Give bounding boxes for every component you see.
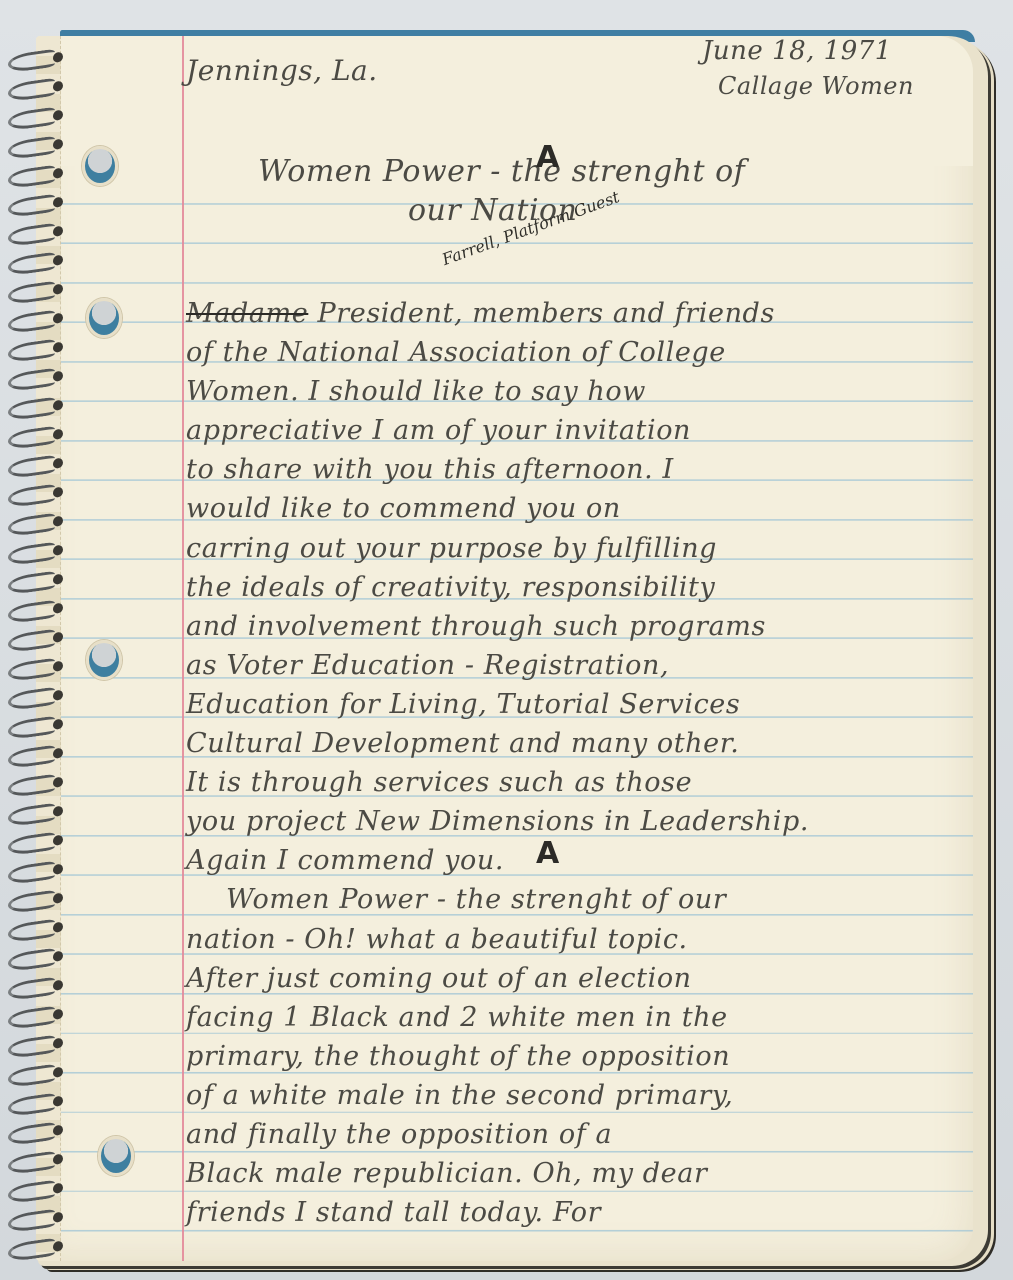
body-line: nation - Oh! what a beautiful topic.	[186, 920, 946, 959]
spiral-ring-icon	[8, 1035, 55, 1060]
spiral-ring-icon	[8, 78, 55, 103]
spiral-ring-icon	[8, 745, 55, 770]
spiral-ring-icon	[8, 919, 55, 944]
binder-hole-icon	[82, 146, 118, 186]
notebook-page: Jennings, La. June 18, 1971 Callage Wome…	[36, 36, 973, 1261]
spiral-ring-icon	[8, 1151, 55, 1176]
body-line: would like to commend you on	[186, 489, 946, 528]
spiral-ring-icon	[8, 629, 55, 654]
body-line: you project New Dimensions in Leadership…	[186, 802, 946, 841]
spiral-ring-icon	[8, 1238, 55, 1263]
spiral-ring-icon	[8, 1209, 55, 1234]
spiral-ring-icon	[8, 49, 55, 74]
spiral-ring-icon	[8, 571, 55, 596]
body-line: Cultural Development and many other.	[186, 724, 946, 763]
body-line: primary, the thought of the opposition	[186, 1037, 946, 1076]
spiral-ring-icon	[8, 890, 55, 915]
struck-word: Madame	[186, 298, 308, 329]
spiral-binding-icon	[0, 52, 60, 1272]
correction-mark: A	[536, 140, 559, 175]
spiral-ring-icon	[8, 484, 55, 509]
spiral-ring-icon	[8, 977, 55, 1002]
correction-mark: A	[536, 836, 559, 871]
event-text: Callage Women	[718, 72, 914, 100]
spiral-ring-icon	[8, 716, 55, 741]
spiral-ring-icon	[8, 542, 55, 567]
body-line: Madame President, members and friends	[186, 294, 946, 333]
spiral-ring-icon	[8, 1122, 55, 1147]
body-line: as Voter Education - Registration,	[186, 646, 946, 685]
spiral-ring-icon	[8, 165, 55, 190]
spiral-ring-icon	[8, 281, 55, 306]
spiral-ring-icon	[8, 339, 55, 364]
spiral-ring-icon	[8, 107, 55, 132]
binder-hole-icon	[86, 298, 122, 338]
body-line: After just coming out of an election	[186, 959, 946, 998]
body-line: carring out your purpose by fulfilling	[186, 529, 946, 568]
spiral-ring-icon	[8, 397, 55, 422]
body-line: It is through services such as those	[186, 763, 946, 802]
spiral-ring-icon	[8, 513, 55, 538]
binder-hole-icon	[86, 640, 122, 680]
spiral-ring-icon	[8, 658, 55, 683]
spiral-ring-icon	[8, 1064, 55, 1089]
body-line: Again I commend you.	[186, 841, 946, 880]
spiral-ring-icon	[8, 803, 55, 828]
spiral-ring-icon	[8, 426, 55, 451]
notebook-scan: Jennings, La. June 18, 1971 Callage Wome…	[0, 0, 1013, 1280]
body-line: Education for Living, Tutorial Services	[186, 685, 946, 724]
spiral-ring-icon	[8, 1006, 55, 1031]
spiral-ring-icon	[8, 455, 55, 480]
spiral-ring-icon	[8, 1093, 55, 1118]
spiral-ring-icon	[8, 1180, 55, 1205]
spiral-ring-icon	[8, 223, 55, 248]
body-line: to share with you this afternoon. I	[186, 450, 946, 489]
body-line: Black male republician. Oh, my dear	[186, 1154, 946, 1193]
spiral-ring-icon	[8, 832, 55, 857]
body-line: of a white male in the second primary,	[186, 1076, 946, 1115]
margin-line	[182, 36, 184, 1261]
spiral-ring-icon	[8, 948, 55, 973]
date-text: June 18, 1971	[702, 36, 892, 66]
speech-title-line-1: Women Power - the strenght of	[258, 154, 745, 189]
spiral-ring-icon	[8, 687, 55, 712]
body-line: and finally the opposition of a	[186, 1115, 946, 1154]
body-line: friends I stand tall today. For	[186, 1193, 946, 1232]
spiral-ring-icon	[8, 774, 55, 799]
spiral-ring-icon	[8, 368, 55, 393]
body-line: Women Power - the strenght of our	[186, 880, 946, 919]
body-line: of the National Association of College	[186, 333, 946, 372]
location-text: Jennings, La.	[186, 54, 378, 87]
spiral-ring-icon	[8, 194, 55, 219]
body-line: the ideals of creativity, responsibility	[186, 568, 946, 607]
speech-body: Madame President, members and friends of…	[186, 294, 946, 1232]
body-line: and involvement through such programs	[186, 607, 946, 646]
spiral-ring-icon	[8, 861, 55, 886]
body-line: facing 1 Black and 2 white men in the	[186, 998, 946, 1037]
binder-hole-icon	[98, 1136, 134, 1176]
spiral-ring-icon	[8, 310, 55, 335]
body-line-text: President, members and friends	[318, 298, 775, 329]
spiral-ring-icon	[8, 600, 55, 625]
body-line: appreciative I am of your invitation	[186, 411, 946, 450]
spiral-ring-icon	[8, 136, 55, 161]
spiral-ring-icon	[8, 252, 55, 277]
body-line: Women. I should like to say how	[186, 372, 946, 411]
